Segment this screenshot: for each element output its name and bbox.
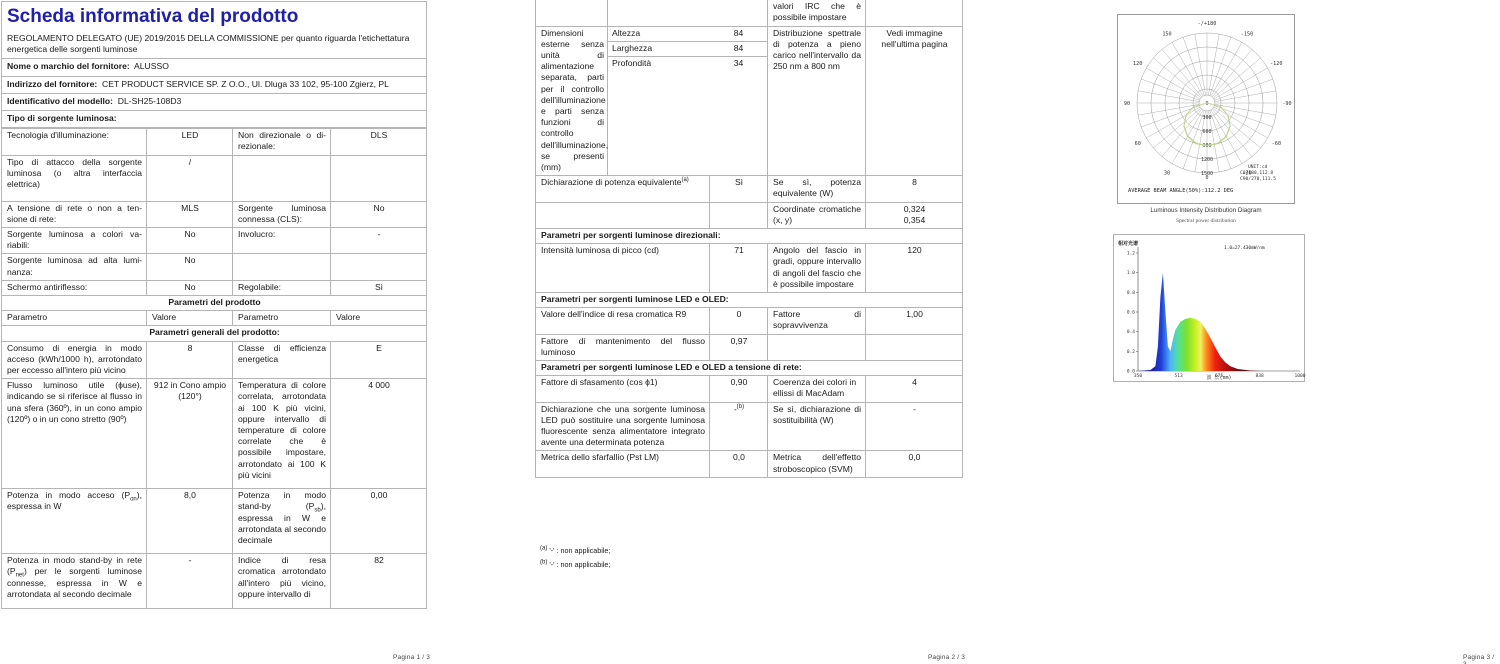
svg-text:350: 350 [1134,373,1143,379]
svg-text:120: 120 [1133,61,1142,67]
beam-angle-value: 120 [866,244,963,293]
param-value: 8 [147,341,233,379]
replace-label: Dichiarazione che una sorgente luminosa … [536,402,710,451]
param-value: - [331,228,427,254]
footnote-b: (b) '-' : non applicabile; [540,558,610,572]
param-label: A tensione di rete o non a ten-sione di … [2,201,147,227]
svg-text:0.8: 0.8 [1127,290,1135,296]
param-label [233,254,331,280]
footnote-ref: (b) [737,404,744,410]
polar-intensity-chart: -/+180-150-120-90-60-3030609012015003006… [1117,14,1295,204]
model-id-row: Identificativo del modello: DL-SH25-108D… [1,94,427,111]
table-row: Flusso luminoso utile (ɸuse), indicando … [2,379,427,489]
table-row: Dichiarazione che una sorgente luminosa … [536,402,963,451]
dimensions-label: Dimensioni esterne senza unità di alimen… [536,26,608,176]
source-type-heading: Tipo di sorgente luminosa: [1,111,427,128]
beam-angle-label: Angolo del fascio in gradi, oppure inter… [768,244,866,293]
table-row: Dimensioni esterne senza unità di alimen… [536,26,963,176]
equiv-power-value: Sì [710,176,768,202]
survival-value: 1,00 [866,308,963,334]
param-label: Involucro: [233,228,331,254]
svg-text:1.2: 1.2 [1127,251,1135,257]
table-row: Sorgente luminosa ad alta lumi-nanza:No [2,254,427,280]
svm-value: 0,0 [866,451,963,477]
equiv-power-w-value: 8 [866,176,963,202]
param-value: 4 000 [331,379,427,489]
page-1: Scheda informativa del prodotto REGOLAME… [0,0,535,664]
directional-header: Parametri per sorgenti luminose direzion… [536,228,963,243]
source-type-table: Tecnologia d'illuminazione:LEDNon direzi… [1,128,427,609]
svg-text:0.4: 0.4 [1127,329,1135,335]
page-title: Scheda informativa del prodotto [1,1,427,31]
chroma-x: 0,324 [871,204,958,215]
param-value: No [147,280,233,295]
spd-area [1138,273,1300,371]
page-2: valori IRC che è possibile impostare Dim… [535,0,1070,664]
macadam-value: 4 [866,376,963,402]
lumen-maint-value: 0,97 [710,334,768,360]
table-row: Tecnologia d'illuminazione:LEDNon direzi… [2,129,427,155]
param-value: 912 in Cono ampio (120°) [147,379,233,489]
svg-text:838: 838 [1255,373,1264,379]
table-row: valori IRC che è possibile impostare [536,0,963,26]
label-subscript: on [130,497,137,503]
phase-value: 0,90 [710,376,768,402]
lumen-maint-label: Fattore di mantenimento del flusso lumin… [536,334,710,360]
table-row: Valore dell'indice di resa cromatica R9 … [536,308,963,334]
spd-value: Vedi immagine nell'ultima pagina [866,26,963,176]
param-value: No [147,228,233,254]
supplier-name-row: Nome o marchio del fornitore: ALUSSO [1,59,427,76]
spectral-power-chart: 0.00.20.40.60.81.01.23505136758381000相对光… [1113,234,1305,382]
svg-text:相对光谱: 相对光谱 [1118,240,1138,247]
params-table: valori IRC che è possibile impostare Dim… [535,0,963,478]
footnote-text: '-' : non applicabile; [549,546,610,555]
supplier-address: CET PRODUCT SERVICE SP. Z O.O., Ul. Dlug… [102,79,389,89]
macadam-label: Coerenza dei colori in ellissi di MacAda… [768,376,866,402]
col-header: Valore [147,311,233,326]
svm-label: Metrica dell'effetto stroboscopico (SVM) [768,451,866,477]
param-value [331,254,427,280]
svg-text:波 长(nm): 波 长(nm) [1206,374,1231,381]
model-id: DL-SH25-108D3 [118,96,182,106]
param-value: No [331,201,427,227]
param-value: Sì [331,280,427,295]
table-row: A tensione di rete o non a ten-sione di … [2,201,427,227]
dimension-name: Larghezza [608,41,710,56]
empty-cell [536,202,710,228]
polar-chart-caption: Luminous Intensity Distribution Diagram [1117,207,1295,214]
dimensions-table: Altezza84 Larghezza84 Profondità34 [608,27,767,72]
col-header: Parametro [233,311,331,326]
param-label: valori IRC che è possibile impostare [768,0,866,26]
table-row: Dichiarazione di potenza equivalente(a) … [536,176,963,202]
r9-value: 0 [710,308,768,334]
table-row: Fattore di sfasamento (cos ɸ1) 0,90 Coer… [536,376,963,402]
spd-label: Distribuzione spettrale di potenza a pie… [768,26,866,176]
param-label: Potenza in modo acceso (Pon), espressa i… [2,489,147,554]
param-value [331,155,427,201]
col-header: Valore [331,311,427,326]
svg-text:-150: -150 [1241,32,1254,38]
model-id-label: Identificativo del modello: [7,96,113,106]
param-value: MLS [147,201,233,227]
svg-text:30: 30 [1164,170,1170,176]
svg-text:0: 0 [1205,101,1208,107]
empty-cell [608,0,768,26]
empty-cell [866,334,963,360]
peak-intensity-value: 71 [710,244,768,293]
dimension-row: Larghezza84 [608,41,767,56]
param-label: Sorgente luminosa a colori va-riabili: [2,228,147,254]
svg-text:1.0: 1.0 [1127,270,1135,276]
page-3: -/+180-150-120-90-60-3030609012015003006… [1070,0,1500,664]
chroma-y: 0,354 [871,215,958,226]
r9-label: Valore dell'indice di resa cromatica R9 [536,308,710,334]
param-value: 82 [331,554,427,609]
param-label: Potenza in modo stand-by in rete (Pnet) … [2,554,147,609]
chroma-value: 0,3240,354 [866,202,963,228]
table-row: Fattore di mantenimento del flusso lumin… [536,334,963,360]
param-label: Regolabile: [233,280,331,295]
chroma-label: Coordinate cromatiche (x, y) [768,202,866,228]
page-number: Pagina 2 / 3 [928,654,965,661]
svg-text:90: 90 [1124,101,1130,107]
table-row: Metrica dello sfarfallio (Pst LM) 0,0 Me… [536,451,963,477]
param-label: Tipo di attacco della sorgente luminosa … [2,155,147,201]
product-params-header: Parametri del prodotto [2,296,427,311]
table-row: Coordinate cromatiche (x, y) 0,3240,354 [536,202,963,228]
table-row: Potenza in modo stand-by in rete (Pnet) … [2,554,427,609]
regulation-text: REGOLAMENTO DELEGATO (UE) 2019/2015 DELL… [1,31,427,59]
dimension-name: Profondità [608,56,710,71]
spd-chart-svg: 0.00.20.40.60.81.01.23505136758381000相对光… [1114,235,1306,383]
svg-text:513: 513 [1174,373,1183,379]
param-label: Indice di resa cromatica arrotondato all… [233,554,331,609]
product-info-sheet-cont: valori IRC che è possibile impostare Dim… [535,0,963,478]
svg-text:0.6: 0.6 [1127,310,1135,316]
svg-text:C90/270,111.5: C90/270,111.5 [1240,176,1276,182]
svg-text:60: 60 [1135,141,1141,147]
param-label: Sorgente luminosa ad alta lumi-nanza: [2,254,147,280]
param-label: Sorgente luminosa connessa (CLS): [233,201,331,227]
param-value: No [147,254,233,280]
supplier-address-label: Indirizzo del fornitore: [7,79,97,89]
param-value: E [331,341,427,379]
equiv-power-w-label: Se sì, potenza equivalente (W) [768,176,866,202]
svg-text:1000: 1000 [1294,373,1305,379]
svg-text:UNIT:cd: UNIT:cd [1248,164,1268,170]
footnotes: (a) '-' : non applicabile; (b) '-' : non… [540,544,610,572]
led-oled-header: Parametri per sorgenti luminose LED e OL… [536,292,963,307]
svg-text:-/+180: -/+180 [1198,21,1217,27]
supplier-name: ALUSSO [134,61,169,71]
empty-cell [768,334,866,360]
replace-value: -(b) [710,402,768,451]
label-text: Potenza in modo stand-by (P [238,490,326,511]
dimension-value: 84 [710,27,767,42]
param-label: Potenza in modo stand-by (Psb), espressa… [233,489,331,554]
svg-text:600: 600 [1202,129,1211,135]
dimension-row: Altezza84 [608,27,767,42]
svg-text:C0/180,112.8: C0/180,112.8 [1240,170,1273,176]
spd-chart-caption: Spectral power distribution [1117,218,1295,224]
polar-chart-svg: -/+180-150-120-90-60-3030609012015003006… [1118,15,1296,205]
svg-text:0.2: 0.2 [1127,349,1135,355]
table-row: Sorgente luminosa a colori va-riabili:No… [2,228,427,254]
col-header: Parametro [2,311,147,326]
param-value: DLS [331,129,427,155]
table-row: Consumo di energia in modo acceso (kWh/1… [2,341,427,379]
mains-header: Parametri per sorgenti luminose LED e OL… [536,360,963,375]
dimension-row: Profondità34 [608,56,767,71]
empty-cell [536,0,608,26]
table-row: Tipo di attacco della sorgente luminosa … [2,155,427,201]
param-label: Temperatura di colore correlata, arroton… [233,379,331,489]
supplier-address-row: Indirizzo del fornitore: CET PRODUCT SER… [1,77,427,94]
param-label: Consumo di energia in modo acceso (kWh/1… [2,341,147,379]
peak-intensity-label: Intensità luminosa di picco (cd) [536,244,710,293]
empty-cell [710,202,768,228]
dimension-value: 34 [710,56,767,71]
flicker-value: 0,0 [710,451,768,477]
svg-text:150: 150 [1162,32,1171,38]
param-label: Classe di efficienza energetica [233,341,331,379]
page-number: Pagina 3 / 3 [1463,654,1500,664]
footnote-text: '-' : non applicabile; [549,560,610,569]
general-params-header: Parametri generali del prodotto: [2,326,427,341]
svg-text:300: 300 [1202,115,1211,121]
label-text: Potenza in modo acceso (P [7,490,130,500]
param-value: / [147,155,233,201]
table-row: Potenza in modo acceso (Pon), espressa i… [2,489,427,554]
svg-text:1200: 1200 [1201,157,1213,163]
footnote-mark: (b) [540,560,547,566]
replace-w-label: Se sì, dichiarazione di sostituibilità (… [768,402,866,451]
empty-cell [866,0,963,26]
flicker-label: Metrica dello sfarfallio (Pst LM) [536,451,710,477]
supplier-name-label: Nome o marchio del fornitore: [7,61,130,71]
param-label: Non direzionale o di-rezionale: [233,129,331,155]
param-value: LED [147,129,233,155]
label-text: Dichiarazione di potenza equivalente [541,177,681,187]
param-value: 8,0 [147,489,233,554]
svg-text:AVERAGE BEAM ANGLE(50%):112.2: AVERAGE BEAM ANGLE(50%):112.2 DEG [1128,188,1233,194]
column-headers-row: Parametro Valore Parametro Valore [2,311,427,326]
svg-text:-60: -60 [1272,141,1281,147]
svg-text:1.0=27.430mW/nm: 1.0=27.430mW/nm [1224,245,1265,251]
param-label: Flusso luminoso utile (ɸuse), indicando … [2,379,147,489]
replace-w-value: - [866,402,963,451]
table-row: Schermo antiriflesso:NoRegolabile:Sì [2,280,427,295]
equiv-power-label: Dichiarazione di potenza equivalente(a) [536,176,710,202]
svg-text:-90: -90 [1282,101,1291,107]
dimensions-cell: Altezza84 Larghezza84 Profondità34 [608,26,768,176]
dimension-value: 84 [710,41,767,56]
footnote-a: (a) '-' : non applicabile; [540,544,610,558]
param-label: Tecnologia d'illuminazione: [2,129,147,155]
survival-label: Fattore di sopravvivenza [768,308,866,334]
label-text: ) per le sorgenti luminose connesse, esp… [7,566,142,598]
footnote-mark: (a) [540,546,547,552]
page-number: Pagina 1 / 3 [393,654,430,661]
product-info-sheet: Scheda informativa del prodotto REGOLAME… [1,1,427,609]
svg-text:-120: -120 [1270,61,1283,67]
table-row: Intensità luminosa di picco (cd) 71 Ango… [536,244,963,293]
param-label: Schermo antiriflesso: [2,280,147,295]
svg-text:0: 0 [1205,175,1208,181]
dimension-name: Altezza [608,27,710,42]
param-value: - [147,554,233,609]
phase-label: Fattore di sfasamento (cos ɸ1) [536,376,710,402]
footnote-ref: (a) [681,177,688,183]
param-label [233,155,331,201]
param-value: 0,00 [331,489,427,554]
